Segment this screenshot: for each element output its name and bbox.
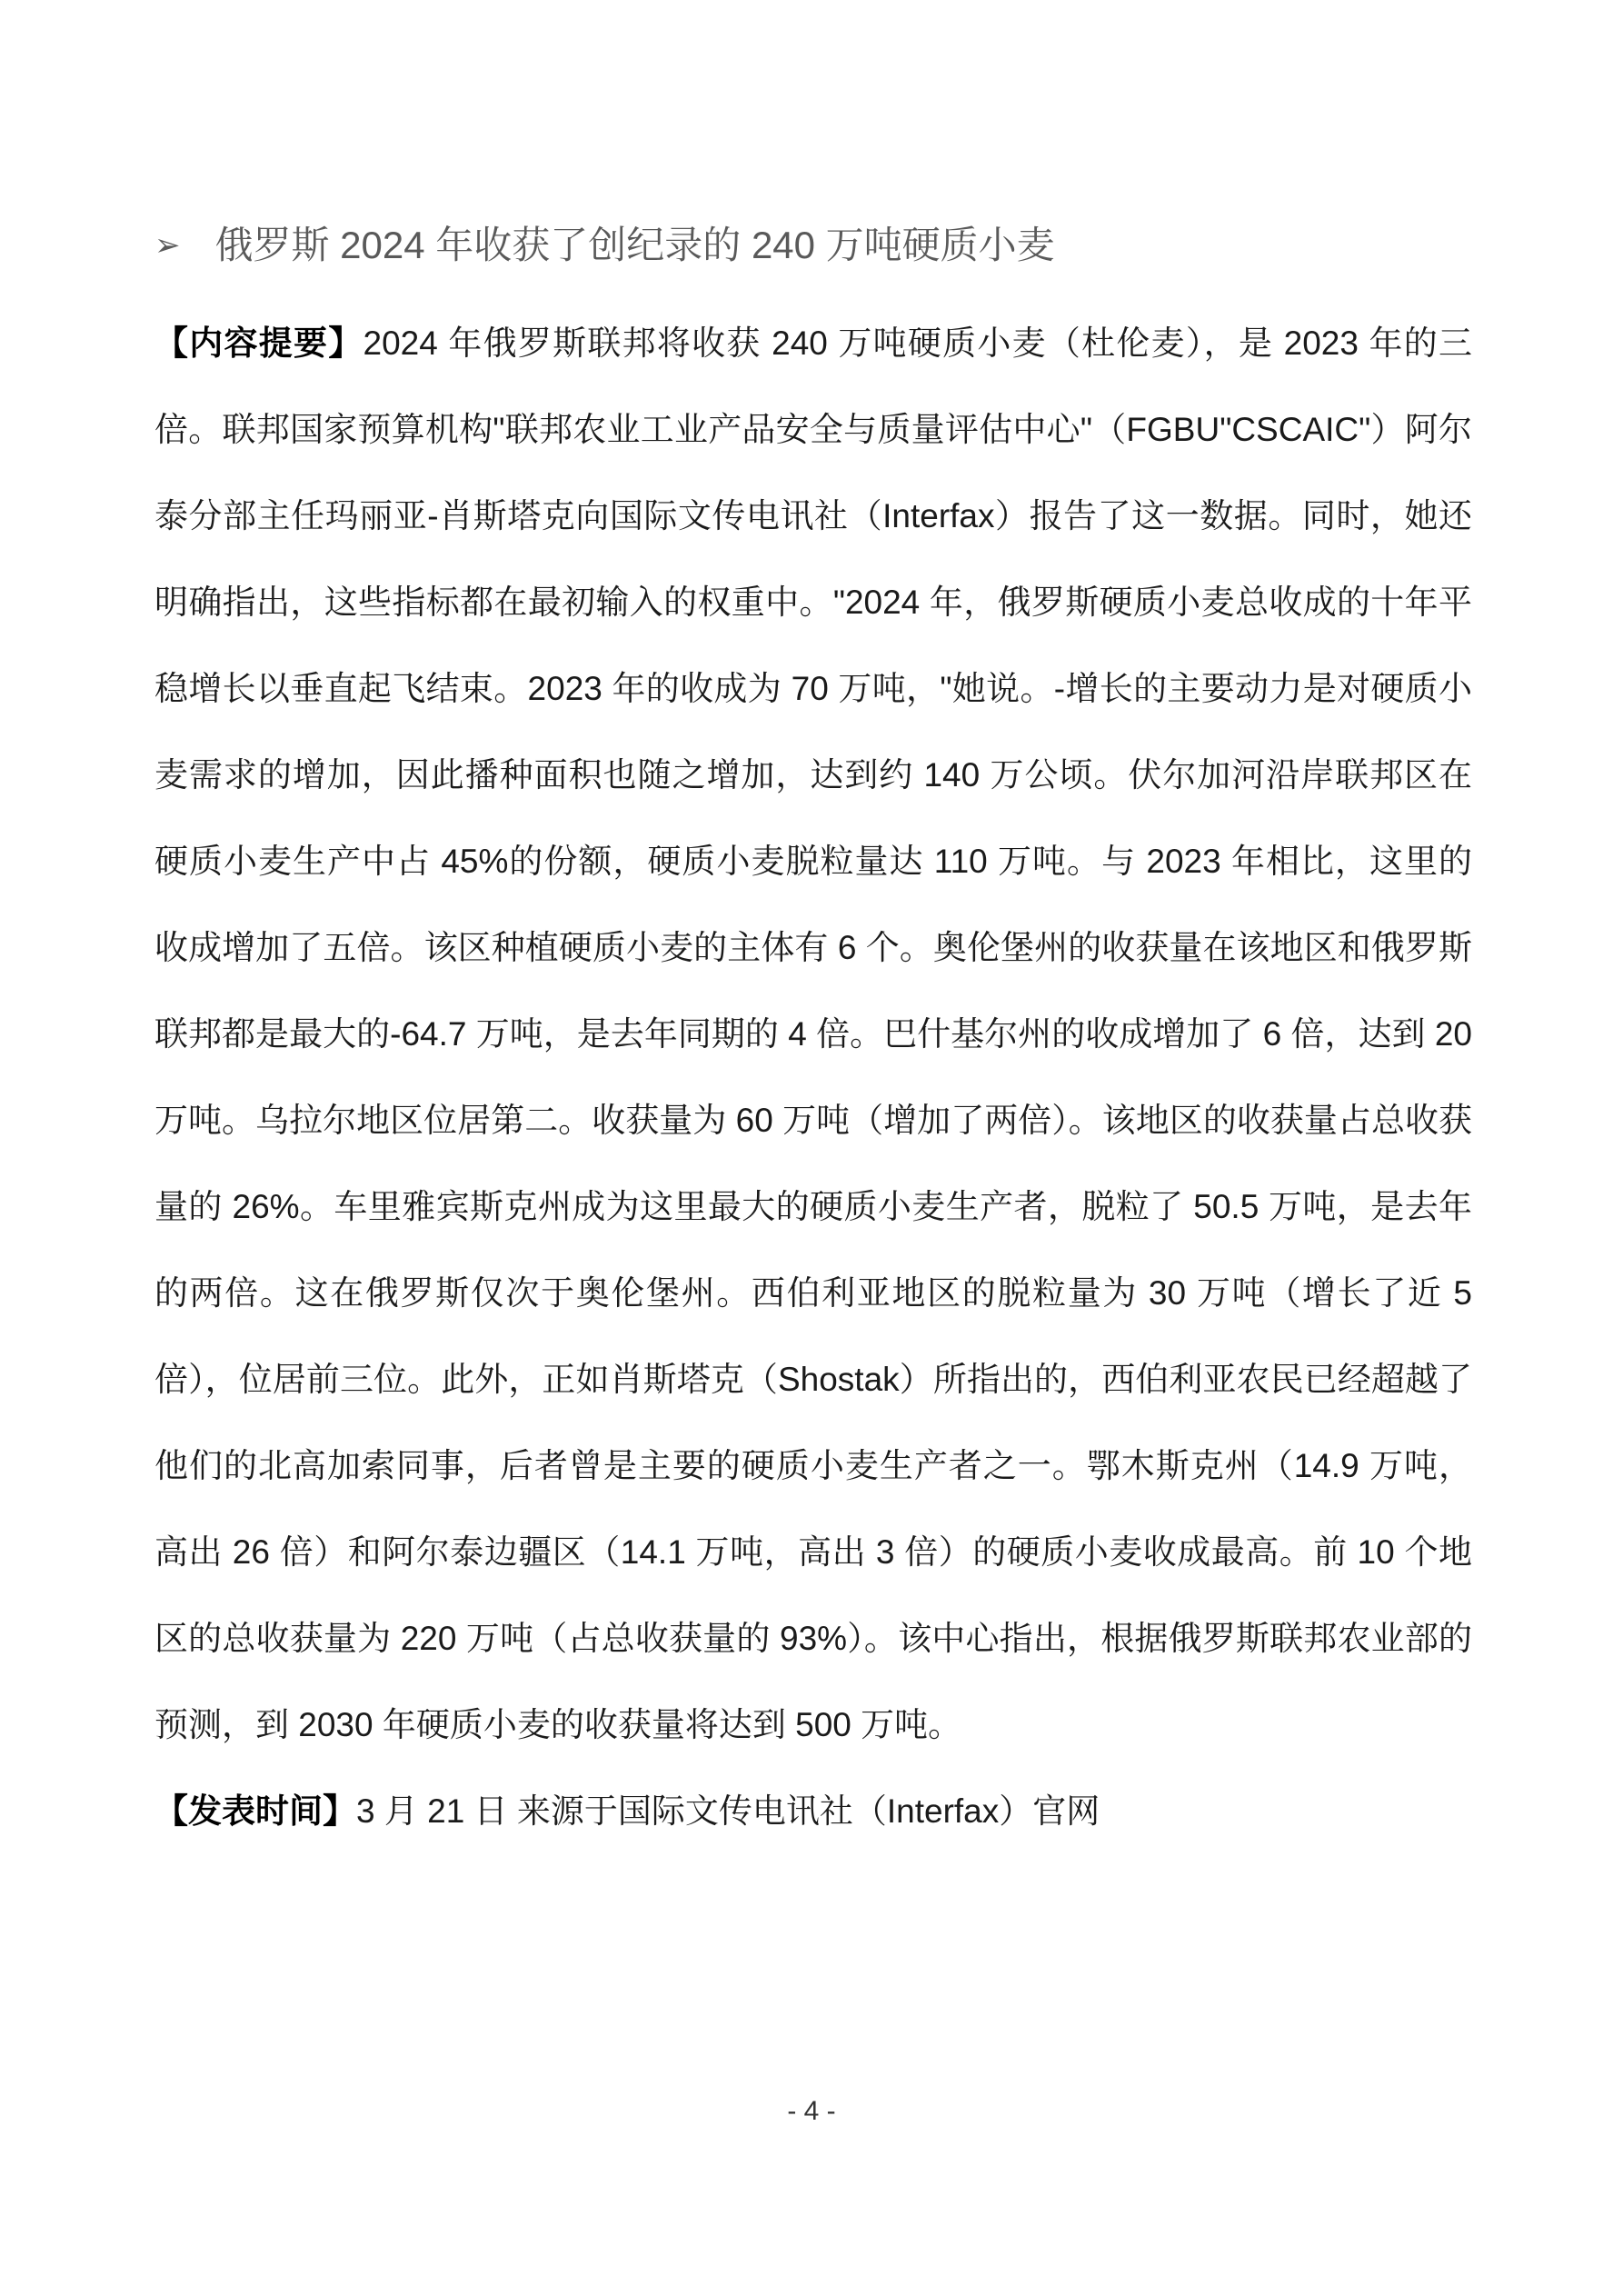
publish-date-line: 【发表时间】3 月 21 日 来源于国际文传电讯社（Interfax）官网 — [154, 1768, 1472, 1854]
publish-date-label: 【发表时间】 — [154, 1792, 356, 1830]
summary-text: 2024 年俄罗斯联邦将收获 240 万吨硬质小麦（杜伦麦），是 2023 年的… — [154, 324, 1472, 1743]
document-body: 【内容提要】2024 年俄罗斯联邦将收获 240 万吨硬质小麦（杜伦麦），是 2… — [154, 300, 1472, 1854]
section-heading-text: 俄罗斯 2024 年收获了创纪录的 240 万吨硬质小麦 — [215, 224, 1055, 266]
summary-label: 【内容提要】 — [154, 324, 363, 362]
arrow-bullet-icon: ➢ — [154, 225, 181, 265]
section-heading: ➢俄罗斯 2024 年收获了创纪录的 240 万吨硬质小麦 — [154, 221, 1496, 271]
publish-date-text: 3 月 21 日 来源于国际文传电讯社（Interfax）官网 — [356, 1792, 1100, 1830]
page-number: - 4 - — [0, 2096, 1623, 2126]
document-page: ➢俄罗斯 2024 年收获了创纪录的 240 万吨硬质小麦 【内容提要】2024… — [0, 0, 1623, 2296]
summary-paragraph: 【内容提要】2024 年俄罗斯联邦将收获 240 万吨硬质小麦（杜伦麦），是 2… — [154, 300, 1472, 1768]
